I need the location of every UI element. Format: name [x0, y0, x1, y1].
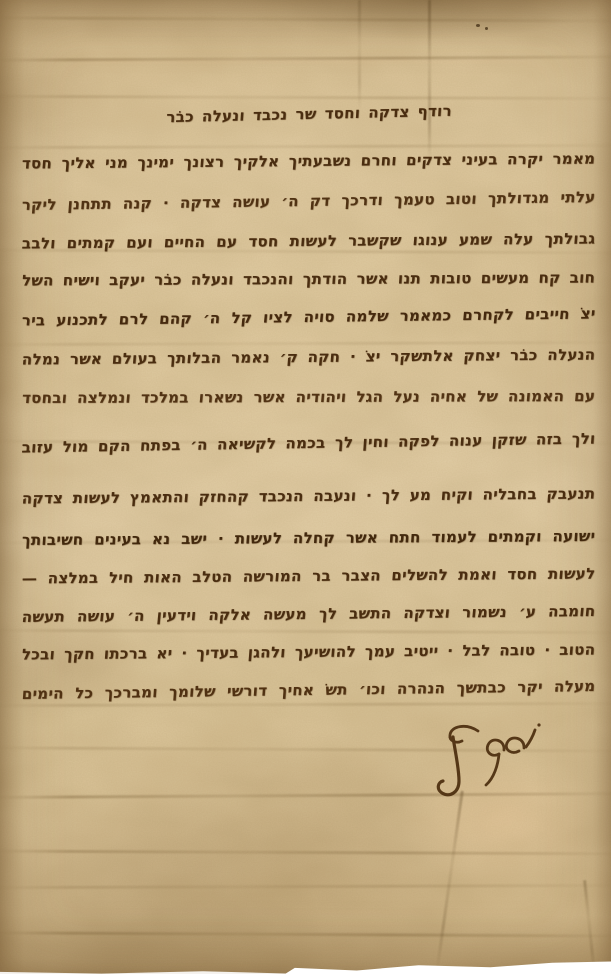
- letter-line: יצֹ חייבים לקחרם כמאמר שלמה סויה לציו קל…: [20, 301, 596, 338]
- letter-line: ישועה וקמתים לעמוד חתח אשר קחלה לעשות · …: [21, 523, 596, 557]
- letter-line: הטוב · טובה לבל · ייטיב עמך להושיעך ולהג…: [21, 637, 597, 672]
- letter-line: חוב קח מעשים טובות תנו אשר הודתך והנכבד …: [21, 265, 596, 298]
- letter-heading: רודף צדקה וחסד שר נכבד ונעלה כבֹר יעקב ש…: [157, 98, 461, 135]
- letter-line: הנעלה כבֹר יצחק אלתשקר יצֹ · חקה ק׳ נאמר…: [21, 342, 597, 377]
- letter-line: עלתי מגדולתך וטוב טעמך ודרכך דק ה׳ עושה …: [21, 184, 597, 222]
- letter-line: ולך בזה שזקן ענוה לפקה וחין לך בכמה לקשי…: [21, 426, 597, 465]
- letter-line: חומבה ע׳ נשמור וצדקה התשב לך מעשה אלקה ו…: [20, 598, 596, 634]
- letter-line: עם האמונה של אחיה נעל הגל ויהודיה אשר נש…: [21, 383, 597, 415]
- letter-line: לעשות חסד ואמת להשלים הצבר בר המורשה הטל…: [21, 561, 597, 596]
- letter-line: מאמר יקרה בעיני צדקים וחרם נשבעתיך אלקיך…: [21, 146, 597, 181]
- manuscript-page: רודף צדקה וחסד שר נכבד ונעלה כבֹר יעקב ש…: [0, 0, 611, 974]
- letter-line: מעלה יקר כבתשך הנהרה וכו׳ תשֹ אחיך דורשי…: [21, 673, 597, 711]
- letter-text: רודף צדקה וחסד שר נכבד ונעלה כבֹר יעקב ש…: [0, 0, 611, 974]
- letter-line: גבולתך עלה שמע ענוגו שקשבר לעשות חסד עם …: [21, 226, 597, 261]
- signature-flourish: [412, 718, 546, 816]
- letter-line: תנעבק בחבליה וקיח מע לך · ונעבה הנכבד קה…: [21, 481, 597, 516]
